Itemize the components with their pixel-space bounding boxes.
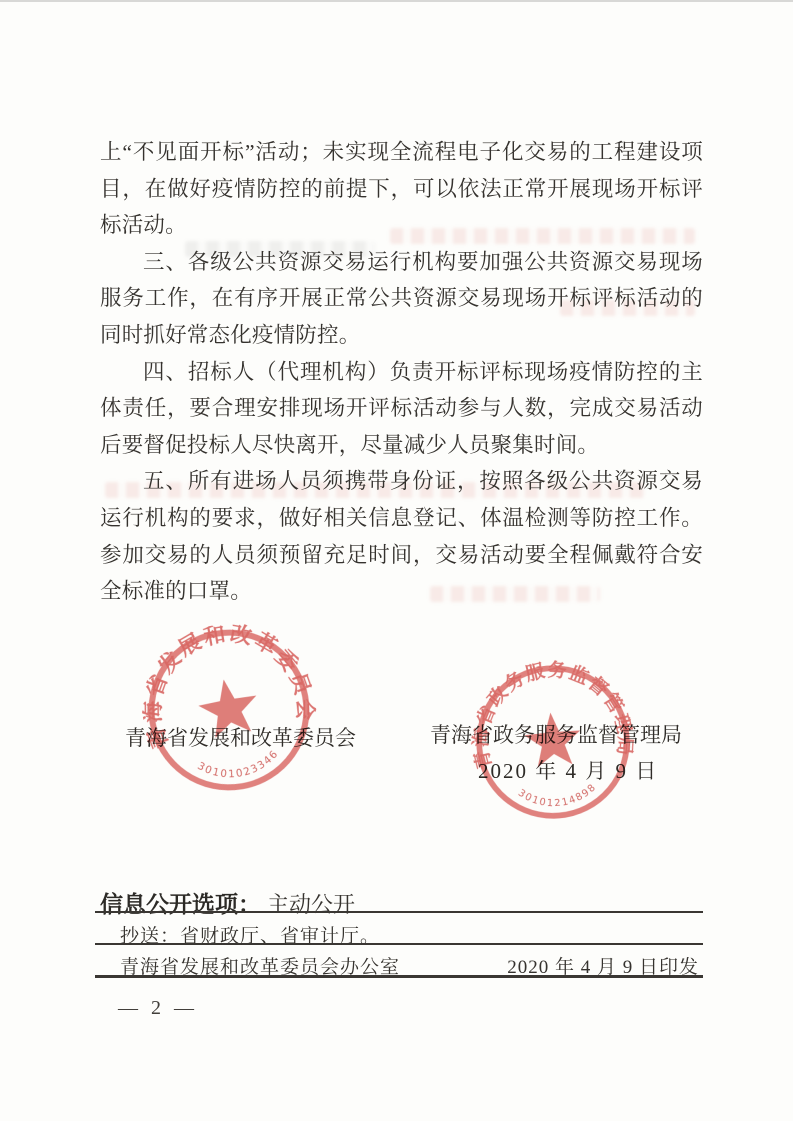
svg-text:青海省发展和改革委员会: 青海省发展和改革委员会 [129, 610, 322, 753]
body-paragraph: 上“不见面开标”活动；未实现全流程电子化交易的工程建设项目，在做好疫情防控的前提… [100, 134, 703, 244]
disclosure-label: 信息公开选项： [100, 891, 261, 917]
star-icon [522, 710, 583, 768]
official-seal-left: 青海省发展和改革委员会 6301010233468 [129, 610, 328, 809]
divider-line-bottom [95, 975, 703, 978]
disclosure-line: 信息公开选项：主动公开 [100, 886, 355, 919]
seal-ring-text: 青海省发展和改革委员会 [129, 610, 322, 753]
official-seal-right: 青海省政务服务监督管理局 6301012148985 [464, 653, 642, 831]
document-body: 上“不见面开标”活动；未实现全流程电子化交易的工程建设项目，在做好疫情防控的前提… [100, 134, 703, 610]
star-icon [195, 674, 263, 739]
body-paragraph: 三、各级公共资源交易运行机构要加强公共资源交易现场服务工作，在有序开展正常公共资… [100, 244, 703, 354]
scanned-document-page: 上“不见面开标”活动；未实现全流程电子化交易的工程建设项目，在做好疫情防控的前提… [0, 0, 793, 1121]
body-paragraph: 五、所有进场人员须携带身份证，按照各级公共资源交易运行机构的要求，做好相关信息登… [100, 463, 703, 609]
divider-line-middle [95, 943, 703, 945]
page-number: — 2 — [118, 997, 198, 1020]
scanner-edge-shadow [0, 0, 793, 2]
divider-line-top [95, 911, 703, 913]
disclosure-value: 主动公开 [267, 892, 355, 917]
body-paragraph: 四、招标人（代理机构）负责开标评标现场疫情防控的主体责任，要合理安排现场开评标活… [100, 354, 703, 464]
